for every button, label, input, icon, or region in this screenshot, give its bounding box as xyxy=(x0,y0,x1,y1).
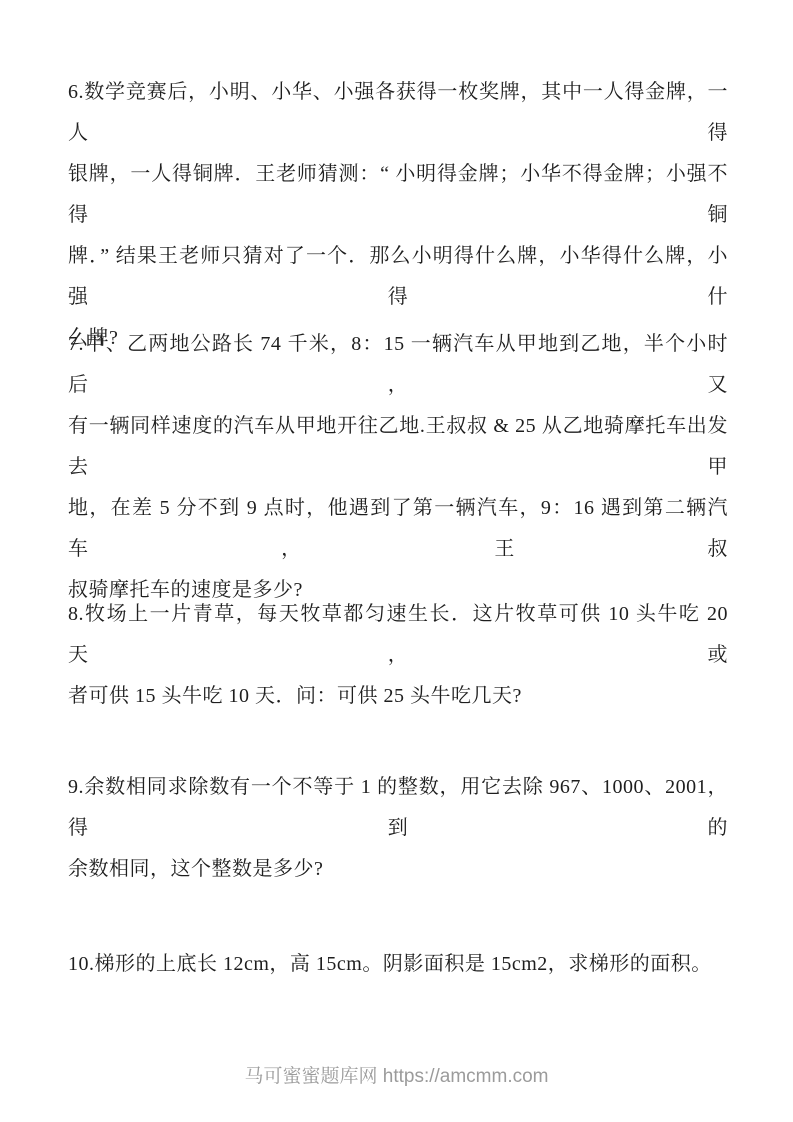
worksheet-page: 6.数学竞赛后，小明、小华、小强各获得一枚奖牌，其中一人得金牌，一人得银牌，一人… xyxy=(0,0,793,1122)
text-line: 6.数学竞赛后，小明、小华、小强各获得一枚奖牌，其中一人得金牌，一人得 xyxy=(68,72,728,154)
text-line: 10.梯形的上底长 12cm，高 15cm。阴影面积是 15cm2，求梯形的面积… xyxy=(68,944,728,985)
text-line: 8.牧场上一片青草，每天牧草都匀速生长．这片牧草可供 10 头牛吃 20 天，或 xyxy=(68,594,728,676)
problem-10: 10.梯形的上底长 12cm，高 15cm。阴影面积是 15cm2，求梯形的面积… xyxy=(68,944,728,985)
footer-site-credit: 马可蜜蜜题库网 https://amcmm.com xyxy=(0,1064,793,1090)
text-line: 有一辆同样速度的汽车从甲地开往乙地.王叔叔 & 25 从乙地骑摩托车出发去甲 xyxy=(68,406,728,488)
text-line: 地，在差 5 分不到 9 点时，他遇到了第一辆汽车，9：16 遇到第二辆汽车，王… xyxy=(68,488,728,570)
problem-9: 9.余数相同求除数有一个不等于 1 的整数，用它去除 967、1000、2001… xyxy=(68,767,728,890)
text-line: 9.余数相同求除数有一个不等于 1 的整数，用它去除 967、1000、2001… xyxy=(68,767,728,849)
problem-8: 8.牧场上一片青草，每天牧草都匀速生长．这片牧草可供 10 头牛吃 20 天，或… xyxy=(68,594,728,717)
problem-7: 7.甲、乙两地公路长 74 千米，8：15 一辆汽车从甲地到乙地，半个小时后，又… xyxy=(68,324,728,611)
problem-6: 6.数学竞赛后，小明、小华、小强各获得一枚奖牌，其中一人得金牌，一人得银牌，一人… xyxy=(68,72,728,359)
text-line: 者可供 15 头牛吃 10 天．问：可供 25 头牛吃几天? xyxy=(68,676,728,717)
text-line: 银牌，一人得铜牌．王老师猜测：“ 小明得金牌；小华不得金牌；小强不得铜 xyxy=(68,154,728,236)
text-line: 牌．” 结果王老师只猜对了一个．那么小明得什么牌，小华得什么牌，小强得什 xyxy=(68,236,728,318)
text-line: 余数相同，这个整数是多少? xyxy=(68,849,728,890)
text-line: 7.甲、乙两地公路长 74 千米，8：15 一辆汽车从甲地到乙地，半个小时后，又 xyxy=(68,324,728,406)
